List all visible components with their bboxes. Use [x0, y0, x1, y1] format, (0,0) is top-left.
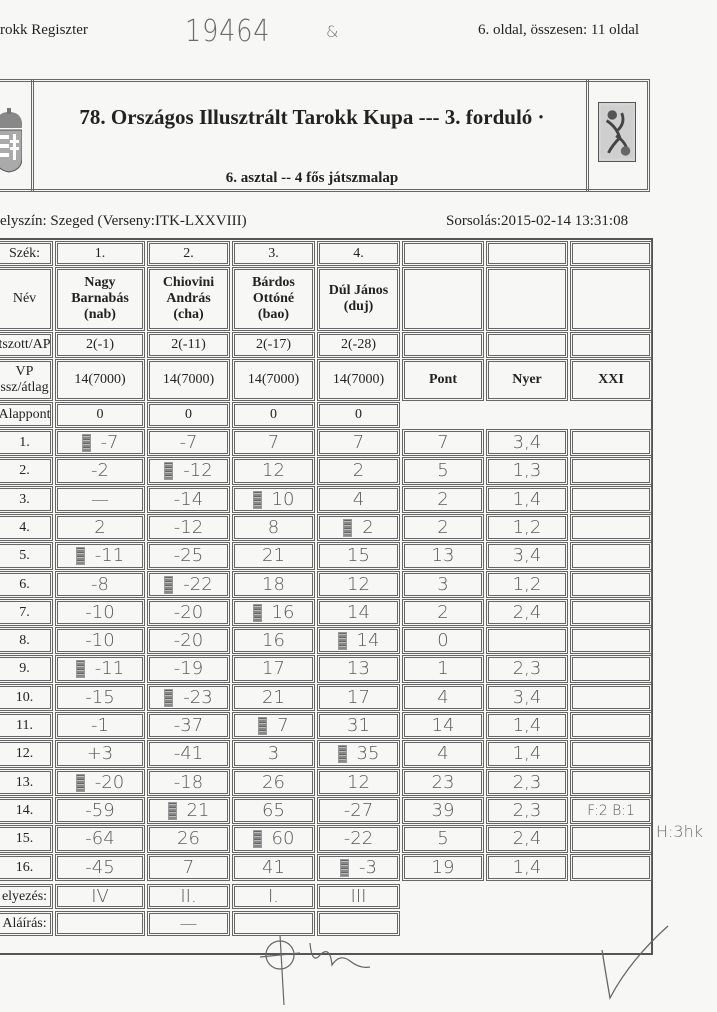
row-label-name: Név — [0, 267, 53, 331]
score-value: -27 — [344, 803, 373, 819]
dealer-card-icon — [164, 576, 173, 594]
score-cell[interactable]: 17 — [317, 684, 400, 711]
score-value: — — [91, 492, 109, 508]
dealer-card-icon — [82, 434, 91, 452]
score-cell[interactable]: -7 — [55, 429, 145, 456]
game-number: 14. — [0, 797, 53, 824]
score-cell[interactable]: 12 — [232, 457, 315, 485]
score-cell[interactable]: -20 — [147, 627, 230, 654]
score-value: 16 — [262, 633, 285, 649]
score-cell[interactable]: -15 — [55, 684, 145, 711]
score-value: -22 — [344, 831, 373, 847]
pont-cell[interactable]: 7 — [402, 429, 484, 456]
player-vp-1: 14(7000) — [55, 359, 145, 401]
nyer-cell[interactable]: 1,4 — [486, 486, 568, 513]
score-cell[interactable]: -14 — [147, 486, 230, 513]
player-signature-4[interactable] — [317, 911, 400, 936]
handwritten-mark: & — [326, 22, 338, 41]
player-signature-3[interactable] — [232, 911, 315, 936]
game-number: 9. — [0, 655, 53, 683]
dealer-card-icon — [76, 660, 85, 678]
dealer-card-icon — [253, 491, 262, 509]
player-base-1: 0 — [55, 402, 145, 428]
score-value: -45 — [85, 860, 114, 876]
score-value: -25 — [174, 548, 203, 564]
player-seat-2: 2. — [147, 241, 230, 266]
score-cell[interactable]: -59 — [55, 797, 145, 824]
score-cell[interactable]: 16 — [232, 627, 315, 654]
score-cell[interactable]: 7 — [232, 429, 315, 456]
score-cell[interactable]: -11 — [55, 542, 145, 570]
dealer-card-icon — [253, 604, 262, 622]
score-cell[interactable]: 21 — [147, 797, 230, 824]
score-value: 13 — [347, 661, 370, 677]
pont-cell[interactable]: 4 — [402, 684, 484, 711]
score-cell[interactable]: 35 — [317, 740, 400, 768]
row-label-played: tszott/AP — [0, 332, 53, 358]
dealer-card-icon — [76, 774, 85, 792]
player-seat-4: 4. — [317, 241, 400, 266]
pont-cell[interactable]: 3 — [402, 571, 484, 598]
pont-cell[interactable]: 2 — [402, 514, 484, 541]
nyer-cell[interactable]: 1,3 — [486, 457, 568, 485]
score-cell[interactable]: 18 — [232, 571, 315, 598]
score-value: 14 — [347, 605, 370, 621]
score-value: 17 — [347, 690, 370, 706]
game-number: 15. — [0, 825, 53, 853]
player-name-3: Bárdos Ottóné (bao) — [232, 267, 315, 331]
row-label-signature: Aláírás: — [0, 911, 53, 936]
score-cell[interactable]: -11 — [55, 655, 145, 683]
xxi-cell[interactable] — [570, 514, 652, 541]
game-number: 5. — [0, 542, 53, 570]
xxi-cell[interactable] — [570, 542, 652, 570]
score-cell[interactable]: 17 — [232, 655, 315, 683]
score-cell[interactable]: -8 — [55, 571, 145, 598]
player-seat-1: 1. — [55, 241, 145, 266]
score-value: 26 — [262, 775, 285, 791]
score-value: -8 — [91, 577, 109, 593]
pont-cell[interactable]: 0 — [402, 627, 484, 654]
score-value: -19 — [174, 661, 203, 677]
game-number: 7. — [0, 599, 53, 626]
xxi-cell[interactable] — [570, 655, 652, 683]
player-name-4: Dúl János (duj) — [317, 267, 400, 331]
score-cell[interactable]: — — [55, 486, 145, 513]
extra-played-1 — [486, 332, 568, 358]
score-cell[interactable]: 2 — [317, 514, 400, 541]
player-played-4: 2(-28) — [317, 332, 400, 358]
score-value: -41 — [174, 746, 203, 762]
score-value: -3 — [359, 860, 377, 876]
player-played-3: 2(-17) — [232, 332, 315, 358]
score-value: 8 — [268, 520, 279, 536]
nyer-cell[interactable]: 3,4 — [486, 429, 568, 456]
nyer-cell[interactable]: 2,3 — [486, 655, 568, 683]
game-number: 2. — [0, 457, 53, 485]
extra-name-1 — [486, 267, 568, 331]
nyer-cell[interactable]: 1,2 — [486, 514, 568, 541]
xxi-cell[interactable] — [570, 712, 652, 739]
nyer-cell[interactable]: 3,4 — [486, 684, 568, 711]
score-value: -11 — [95, 661, 124, 677]
player-vp-4: 14(7000) — [317, 359, 400, 401]
nyer-cell[interactable]: 2,3 — [486, 769, 568, 796]
score-value: 7 — [268, 435, 279, 451]
score-cell[interactable]: -27 — [317, 797, 400, 824]
pont-cell[interactable]: 2 — [402, 486, 484, 513]
score-cell[interactable]: -19 — [147, 655, 230, 683]
score-cell[interactable]: 2 — [55, 514, 145, 541]
xxi-cell[interactable] — [570, 825, 652, 853]
score-value: -22 — [183, 577, 212, 593]
score-cell[interactable]: -22 — [147, 571, 230, 598]
game-number: 4. — [0, 514, 53, 541]
signature-scribble — [250, 935, 380, 1005]
score-cell[interactable]: 12 — [317, 769, 400, 796]
extra-played-0 — [402, 332, 484, 358]
score-cell[interactable]: 26 — [147, 825, 230, 853]
xxi-cell[interactable] — [570, 769, 652, 796]
score-value: -11 — [95, 548, 124, 564]
pont-cell[interactable]: 4 — [402, 740, 484, 768]
score-value: -7 — [101, 435, 119, 451]
score-value: -20 — [174, 633, 203, 649]
game-number: 3. — [0, 486, 53, 513]
location-text: elyszín: Szeged (Verseny:ITK-LXXVIII) — [0, 213, 247, 230]
score-value: 35 — [357, 746, 380, 762]
score-cell[interactable]: -12 — [147, 457, 230, 485]
game-number: 13. — [0, 769, 53, 796]
score-cell[interactable]: 60 — [232, 825, 315, 853]
score-value: 41 — [262, 860, 285, 876]
dealer-card-icon — [164, 689, 173, 707]
score-cell[interactable]: 14 — [317, 627, 400, 654]
nyer-cell[interactable]: 1,2 — [486, 571, 568, 598]
score-cell[interactable]: 4 — [317, 486, 400, 513]
score-cell[interactable]: -64 — [55, 825, 145, 853]
handwritten-id: 19464 — [185, 14, 270, 49]
extra-seat-2 — [570, 241, 652, 266]
score-value: 17 — [262, 661, 285, 677]
score-value: -14 — [174, 492, 203, 508]
score-value: 2 — [362, 520, 373, 536]
score-value: 7 — [353, 435, 364, 451]
page-title: 78. Országos Illusztrált Tarokk Kupa ---… — [40, 103, 584, 131]
xxi-cell[interactable]: F:2 B:1 — [570, 797, 652, 824]
player-base-2: 0 — [147, 402, 230, 428]
game-number: 11. — [0, 712, 53, 739]
coat-of-arms-icon — [0, 108, 22, 174]
pont-cell[interactable]: 5 — [402, 825, 484, 853]
score-value: 31 — [347, 718, 370, 734]
score-value: 26 — [177, 831, 200, 847]
score-value: 16 — [272, 605, 295, 621]
score-value: -18 — [174, 775, 203, 791]
extra-seat-1 — [486, 241, 568, 266]
score-value: 12 — [347, 775, 370, 791]
dealer-card-icon — [343, 519, 352, 537]
score-cell[interactable]: 41 — [232, 854, 315, 881]
extra-name-0 — [402, 267, 484, 331]
tarokk-card-icon — [598, 102, 636, 162]
nyer-cell[interactable]: 2,4 — [486, 599, 568, 626]
score-cell[interactable]: -23 — [147, 684, 230, 711]
nyer-cell[interactable]: 3,4 — [486, 542, 568, 570]
score-cell[interactable]: 31 — [317, 712, 400, 739]
score-cell[interactable]: -10 — [55, 627, 145, 654]
row-label-base: Alappont — [0, 402, 53, 428]
score-value: 14 — [357, 633, 380, 649]
dealer-card-icon — [168, 802, 177, 820]
score-cell[interactable]: 8 — [232, 514, 315, 541]
score-cell[interactable]: 13 — [317, 655, 400, 683]
score-cell[interactable]: 65 — [232, 797, 315, 824]
score-cell[interactable]: 12 — [317, 571, 400, 598]
xxi-cell[interactable] — [570, 740, 652, 768]
score-value: 15 — [347, 548, 370, 564]
score-value: -10 — [85, 605, 114, 621]
dealer-card-icon — [338, 632, 347, 650]
xxi-cell[interactable] — [570, 684, 652, 711]
player-vp-2: 14(7000) — [147, 359, 230, 401]
nyer-cell[interactable]: 2,4 — [486, 825, 568, 853]
score-cell[interactable]: 7 — [232, 712, 315, 739]
score-value: 21 — [187, 803, 210, 819]
extra-name-2 — [570, 267, 652, 331]
xxi-cell[interactable] — [570, 627, 652, 654]
score-cell[interactable]: -20 — [147, 599, 230, 626]
score-value: 60 — [272, 831, 295, 847]
game-number: 12. — [0, 740, 53, 768]
player-placement-2[interactable]: II. — [147, 884, 230, 909]
score-value: -37 — [174, 718, 203, 734]
side-note: H:3hk — [656, 822, 703, 841]
dealer-card-icon — [340, 859, 349, 877]
pont-cell[interactable]: 1 — [402, 655, 484, 683]
nyer-cell[interactable]: 2,3 — [486, 797, 568, 824]
score-value: -15 — [85, 690, 114, 706]
score-value: 21 — [262, 548, 285, 564]
score-value: 18 — [262, 577, 285, 593]
score-value: -7 — [180, 435, 198, 451]
checkmark-scribble — [600, 920, 670, 1000]
score-value: -64 — [85, 831, 114, 847]
player-played-1: 2(-1) — [55, 332, 145, 358]
player-name-2: Chiovini András (cha) — [147, 267, 230, 331]
app-title: rokk Regiszter — [0, 22, 88, 39]
score-cell[interactable]: +3 — [55, 740, 145, 768]
dealer-card-icon — [76, 547, 85, 565]
score-value: 10 — [272, 492, 295, 508]
dealer-card-icon — [338, 745, 347, 763]
nyer-cell[interactable]: 1,4 — [486, 712, 568, 739]
score-cell[interactable]: 10 — [232, 486, 315, 513]
score-value: -12 — [183, 463, 212, 479]
pont-cell[interactable]: 23 — [402, 769, 484, 796]
score-cell[interactable]: -3 — [317, 854, 400, 881]
pont-cell[interactable]: 14 — [402, 712, 484, 739]
score-cell[interactable]: -18 — [147, 769, 230, 796]
game-number: 8. — [0, 627, 53, 654]
pont-cell[interactable]: 39 — [402, 797, 484, 824]
score-value: -12 — [174, 520, 203, 536]
score-cell[interactable]: 21 — [232, 542, 315, 570]
xxi-cell[interactable] — [570, 571, 652, 598]
score-value: -20 — [95, 775, 124, 791]
page-subtitle: 6. asztal -- 4 fős játszmalap — [40, 170, 584, 187]
score-cell[interactable]: 16 — [232, 599, 315, 626]
game-number: 10. — [0, 684, 53, 711]
pont-cell[interactable]: 2 — [402, 599, 484, 626]
nyer-cell[interactable]: 1,4 — [486, 740, 568, 768]
score-value: 7 — [277, 718, 288, 734]
player-placement-4[interactable]: III — [317, 884, 400, 909]
score-value: -20 — [174, 605, 203, 621]
score-cell[interactable]: -2 — [55, 457, 145, 485]
player-placement-3[interactable]: I. — [232, 884, 315, 909]
score-cell[interactable]: 14 — [317, 599, 400, 626]
player-placement-1[interactable]: IV — [55, 884, 145, 909]
score-cell[interactable]: -7 — [147, 429, 230, 456]
extra-vp-1: Nyer — [486, 359, 568, 401]
score-cell[interactable]: 21 — [232, 684, 315, 711]
extra-played-2 — [570, 332, 652, 358]
score-value: +3 — [87, 746, 114, 762]
player-base-4: 0 — [317, 402, 400, 428]
score-value: 4 — [353, 492, 364, 508]
xxi-cell[interactable] — [570, 486, 652, 513]
extra-vp-2: XXI — [570, 359, 652, 401]
score-cell[interactable]: -45 — [55, 854, 145, 881]
player-seat-3: 3. — [232, 241, 315, 266]
score-cell[interactable]: -12 — [147, 514, 230, 541]
score-value: -1 — [91, 718, 109, 734]
score-value: 3 — [268, 746, 279, 762]
score-cell[interactable]: -37 — [147, 712, 230, 739]
draw-time: Sorsolás:2015-02-14 13:31:08 — [446, 213, 628, 230]
xxi-cell[interactable] — [570, 457, 652, 485]
score-value: 2 — [353, 463, 364, 479]
score-cell[interactable]: 7 — [317, 429, 400, 456]
score-value: 2 — [94, 520, 105, 536]
row-label-placement: elyezés: — [0, 884, 53, 909]
extra-seat-0 — [402, 241, 484, 266]
player-name-1: Nagy Barnabás (nab) — [55, 267, 145, 331]
player-played-2: 2(-11) — [147, 332, 230, 358]
game-number: 1. — [0, 429, 53, 456]
score-cell[interactable]: -10 — [55, 599, 145, 626]
score-value: 12 — [262, 463, 285, 479]
extra-vp-0: Pont — [402, 359, 484, 401]
pont-cell[interactable]: 13 — [402, 542, 484, 570]
xxi-cell[interactable] — [570, 429, 652, 456]
nyer-cell[interactable]: 1,4 — [486, 854, 568, 881]
score-cell[interactable]: 15 — [317, 542, 400, 570]
dealer-card-icon — [258, 717, 267, 735]
nyer-cell[interactable] — [486, 627, 568, 654]
row-label-seat: Szék: — [0, 241, 53, 266]
score-cell[interactable]: -25 — [147, 542, 230, 570]
game-number: 16. — [0, 854, 53, 881]
score-value: 7 — [183, 860, 194, 876]
player-vp-3: 14(7000) — [232, 359, 315, 401]
score-value: 21 — [262, 690, 285, 706]
score-value: -2 — [91, 463, 109, 479]
row-label-vp: VP ssz/átlag — [0, 359, 53, 401]
score-cell[interactable]: -22 — [317, 825, 400, 853]
score-cell[interactable]: 2 — [317, 457, 400, 485]
score-cell[interactable]: -1 — [55, 712, 145, 739]
score-value: -23 — [183, 690, 212, 706]
dealer-card-icon — [253, 830, 262, 848]
score-value: 12 — [347, 577, 370, 593]
score-cell[interactable]: 26 — [232, 769, 315, 796]
game-number: 6. — [0, 571, 53, 598]
xxi-cell[interactable] — [570, 854, 652, 881]
score-value: -10 — [85, 633, 114, 649]
player-signature-2[interactable]: — — [147, 911, 230, 936]
dealer-card-icon — [164, 462, 173, 480]
score-cell[interactable]: -20 — [55, 769, 145, 796]
score-value: 65 — [262, 803, 285, 819]
score-cell[interactable]: 3 — [232, 740, 315, 768]
pont-cell[interactable]: 19 — [402, 854, 484, 881]
score-cell[interactable]: 7 — [147, 854, 230, 881]
xxi-cell[interactable] — [570, 599, 652, 626]
score-value: -59 — [85, 803, 114, 819]
pont-cell[interactable]: 5 — [402, 457, 484, 485]
page-info: 6. oldal, összesen: 11 oldal — [478, 22, 639, 39]
score-cell[interactable]: -41 — [147, 740, 230, 768]
player-base-3: 0 — [232, 402, 315, 428]
player-signature-1[interactable] — [55, 911, 145, 936]
